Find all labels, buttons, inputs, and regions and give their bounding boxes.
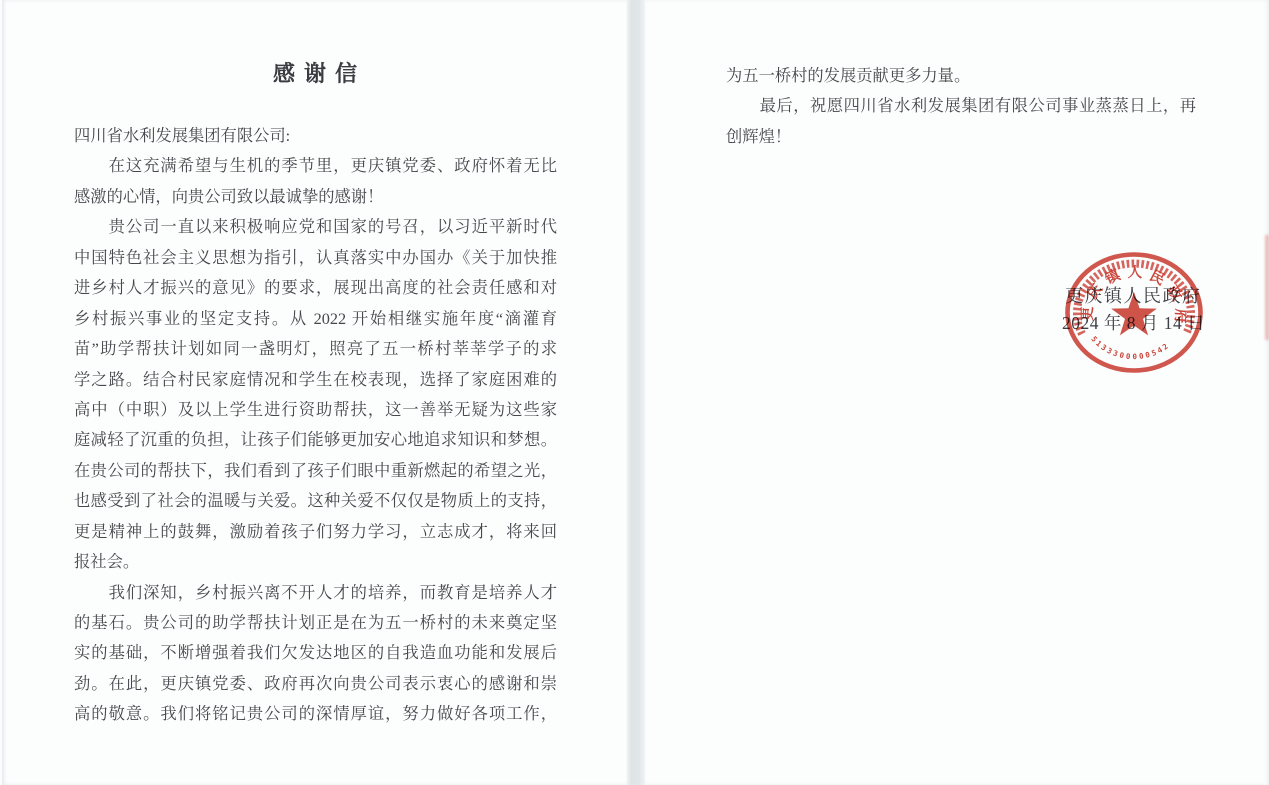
text-line: 的基石。贵公司的助学帮扶计划正是在为五一桥村的未来奠定坚 [74, 608, 557, 638]
text-line: 高的敬意。我们将铭记贵公司的深情厚谊，努力做好各项工作， [74, 699, 557, 729]
letter-body-left: 四川省水利发展集团有限公司: 在这充满希望与生机的季节里，更庆镇党委、政府怀着无… [74, 121, 557, 730]
text-line: 也感受到了社会的温暖与关爱。这种关爱不仅仅是物质上的支持， [74, 486, 557, 516]
page-left: 感谢信 四川省水利发展集团有限公司: 在这充满希望与生机的季节里，更庆镇党委、政… [2, 0, 627, 785]
letter-body-right: 为五一桥村的发展贡献更多力量。 最后，祝愿四川省水利发展集团有限公司事业蒸蒸日上… [726, 61, 1196, 152]
page-right: 为五一桥村的发展贡献更多力量。 最后，祝愿四川省水利发展集团有限公司事业蒸蒸日上… [645, 0, 1269, 785]
text-line: 为五一桥村的发展贡献更多力量。 [726, 61, 1196, 91]
text-line: 报社会。 [74, 547, 557, 577]
text-line: 在这充满希望与生机的季节里，更庆镇党委、政府怀着无比 [74, 151, 557, 181]
text-line: 劲。在此，更庆镇党委、政府再次向贵公司表示衷心的感谢和崇 [74, 669, 557, 699]
scan-edge-smudge [1265, 235, 1269, 340]
text-line: 乡村振兴事业的坚定支持。从 2022 开始相继实施年度“滴灌育 [74, 304, 557, 334]
seal-serial-number: 5133300000542 [1089, 334, 1169, 361]
page-seam [627, 0, 645, 785]
text-line: 实的基础，不断增强着我们欠发达地区的自我造血功能和发展后 [74, 638, 557, 668]
text-line: 贵公司一直以来积极响应党和国家的号召，以习近平新时代 [74, 212, 557, 242]
text-line: 高中（中职）及以上学生进行资助帮扶，这一善举无疑为这些家 [74, 395, 557, 425]
text-line: 进乡村人才振兴的意见》的要求，展现出高度的社会责任感和对 [74, 273, 557, 303]
page-title: 感谢信 [74, 57, 556, 88]
text-line: 中国特色社会主义思想为指引，认真落实中办国办《关于加快推 [74, 243, 557, 273]
text-line: 学之路。结合村民家庭情况和学生在校表现，选择了家庭困难的 [74, 365, 557, 395]
text-line: 感激的心情，向贵公司致以最诚挚的感谢！ [74, 182, 557, 212]
text-line: 我们深知，乡村振兴离不开人才的培养，而教育是培养人才 [74, 578, 557, 608]
text-line: 创辉煌！ [726, 122, 1196, 152]
scanned-letter: 感谢信 四川省水利发展集团有限公司: 在这充满希望与生机的季节里，更庆镇党委、政… [0, 0, 1269, 785]
svg-text:5133300000542: 5133300000542 [1089, 334, 1169, 361]
text-line: 苗”助学帮扶计划如同一盏明灯，照亮了五一桥村莘莘学子的求 [74, 334, 557, 364]
text-line: 庭减轻了沉重的负担，让孩子们能够更加安心地追求知识和梦想。 [74, 425, 557, 455]
text-line: 更是精神上的鼓舞，激励着孩子们努力学习，立志成才，将来回 [74, 517, 557, 547]
official-seal: 更庆镇人民政府 5133300000542 [1063, 250, 1205, 375]
seal-star-icon [1111, 292, 1157, 335]
text-line: 在贵公司的帮扶下，我们看到了孩子们眼中重新燃起的希望之光， [74, 456, 557, 486]
text-line: 最后，祝愿四川省水利发展集团有限公司事业蒸蒸日上，再 [726, 91, 1196, 121]
text-line: 四川省水利发展集团有限公司: [74, 121, 557, 151]
